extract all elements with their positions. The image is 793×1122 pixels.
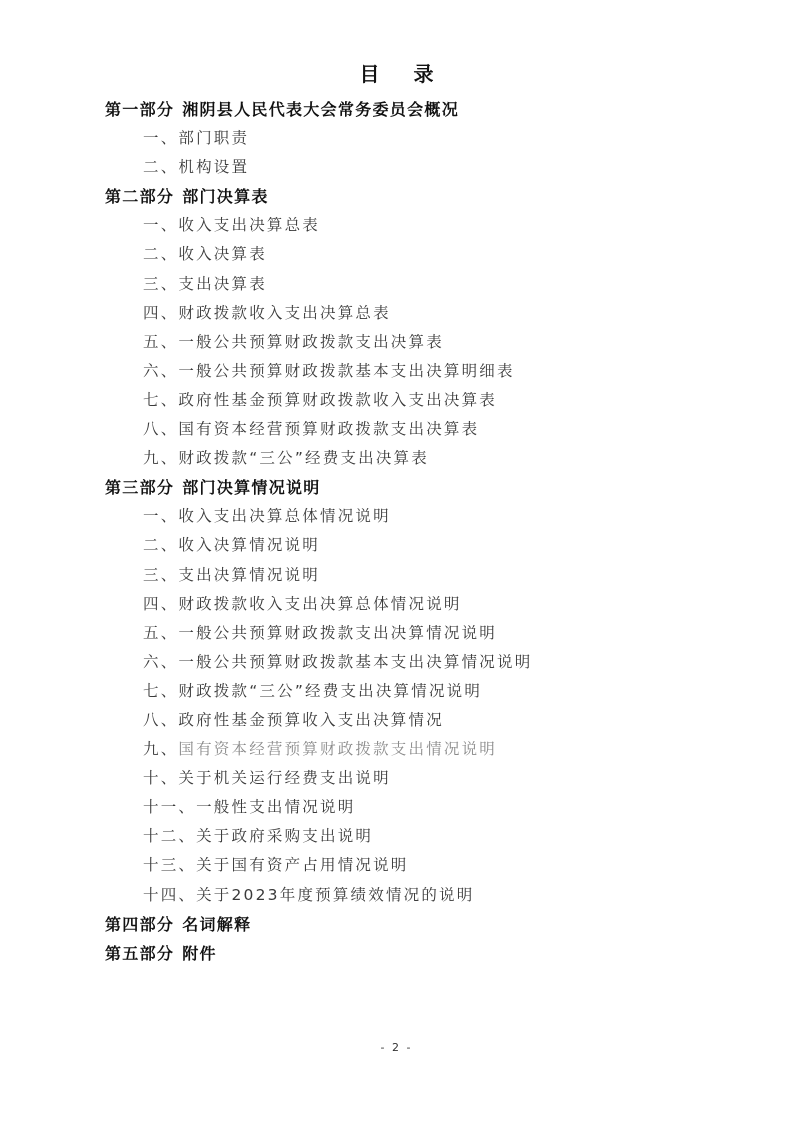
toc-part-1[interactable]: 第一部分湘阴县人民代表大会常务委员会概况 — [0, 95, 793, 124]
item-number: 九、 — [143, 740, 178, 758]
toc-item[interactable]: 十、关于机关运行经费支出说明 — [0, 764, 793, 793]
part-title: 部门决算表 — [182, 187, 269, 206]
toc-item[interactable]: 四、财政拨款收入支出决算总体情况说明 — [0, 590, 793, 619]
table-of-contents: 第一部分湘阴县人民代表大会常务委员会概况 一、部门职责 二、机构设置 第二部分部… — [0, 95, 793, 968]
toc-part-2[interactable]: 第二部分部门决算表 — [0, 182, 793, 211]
document-page: 目录 第一部分湘阴县人民代表大会常务委员会概况 一、部门职责 二、机构设置 第二… — [0, 0, 793, 1122]
toc-item[interactable]: 十三、关于国有资产占用情况说明 — [0, 851, 793, 880]
toc-item[interactable]: 五、一般公共预算财政拨款支出决算情况说明 — [0, 619, 793, 648]
toc-item[interactable]: 五、一般公共预算财政拨款支出决算表 — [0, 328, 793, 357]
toc-item[interactable]: 九、财政拨款“三公”经费支出决算表 — [0, 444, 793, 473]
part-title: 名词解释 — [182, 915, 251, 934]
toc-item[interactable]: 六、一般公共预算财政拨款基本支出决算明细表 — [0, 357, 793, 386]
toc-item[interactable]: 二、收入决算情况说明 — [0, 531, 793, 560]
part-number: 第四部分 — [105, 915, 174, 934]
toc-item[interactable]: 八、国有资本经营预算财政拨款支出决算表 — [0, 415, 793, 444]
title-char-2: 录 — [414, 62, 434, 86]
part-title: 湘阴县人民代表大会常务委员会概况 — [182, 100, 459, 119]
toc-item[interactable]: 一、收入支出决算总体情况说明 — [0, 502, 793, 531]
toc-part-4[interactable]: 第四部分名词解释 — [0, 910, 793, 939]
part-title: 附件 — [182, 944, 217, 963]
toc-item[interactable]: 十一、一般性支出情况说明 — [0, 793, 793, 822]
toc-item[interactable]: 二、收入决算表 — [0, 240, 793, 269]
toc-item[interactable]: 二、机构设置 — [0, 153, 793, 182]
toc-item[interactable]: 一、部门职责 — [0, 124, 793, 153]
toc-item[interactable]: 四、财政拨款收入支出决算总表 — [0, 299, 793, 328]
part-number: 第一部分 — [105, 100, 174, 119]
toc-item[interactable]: 八、政府性基金预算收入支出决算情况 — [0, 706, 793, 735]
toc-item[interactable]: 六、一般公共预算财政拨款基本支出决算情况说明 — [0, 648, 793, 677]
item-text-light: 国有资本经营预算财政拨款支出情况说明 — [178, 740, 497, 758]
toc-part-5[interactable]: 第五部分附件 — [0, 939, 793, 968]
toc-item-9[interactable]: 九、国有资本经营预算财政拨款支出情况说明 — [0, 735, 793, 764]
part-number: 第二部分 — [105, 187, 174, 206]
toc-item[interactable]: 十四、关于2023年度预算绩效情况的说明 — [0, 881, 793, 910]
toc-item[interactable]: 七、财政拨款“三公”经费支出决算情况说明 — [0, 677, 793, 706]
title-char-1: 目 — [360, 62, 380, 86]
toc-part-3[interactable]: 第三部分部门决算情况说明 — [0, 473, 793, 502]
page-title: 目录 — [0, 58, 793, 87]
toc-item[interactable]: 三、支出决算表 — [0, 270, 793, 299]
toc-item[interactable]: 三、支出决算情况说明 — [0, 561, 793, 590]
page-number: - 2 - — [0, 1041, 793, 1054]
toc-item[interactable]: 一、收入支出决算总表 — [0, 211, 793, 240]
part-title: 部门决算情况说明 — [182, 478, 320, 497]
toc-item[interactable]: 七、政府性基金预算财政拨款收入支出决算表 — [0, 386, 793, 415]
part-number: 第五部分 — [105, 944, 174, 963]
toc-item[interactable]: 十二、关于政府采购支出说明 — [0, 822, 793, 851]
part-number: 第三部分 — [105, 478, 174, 497]
